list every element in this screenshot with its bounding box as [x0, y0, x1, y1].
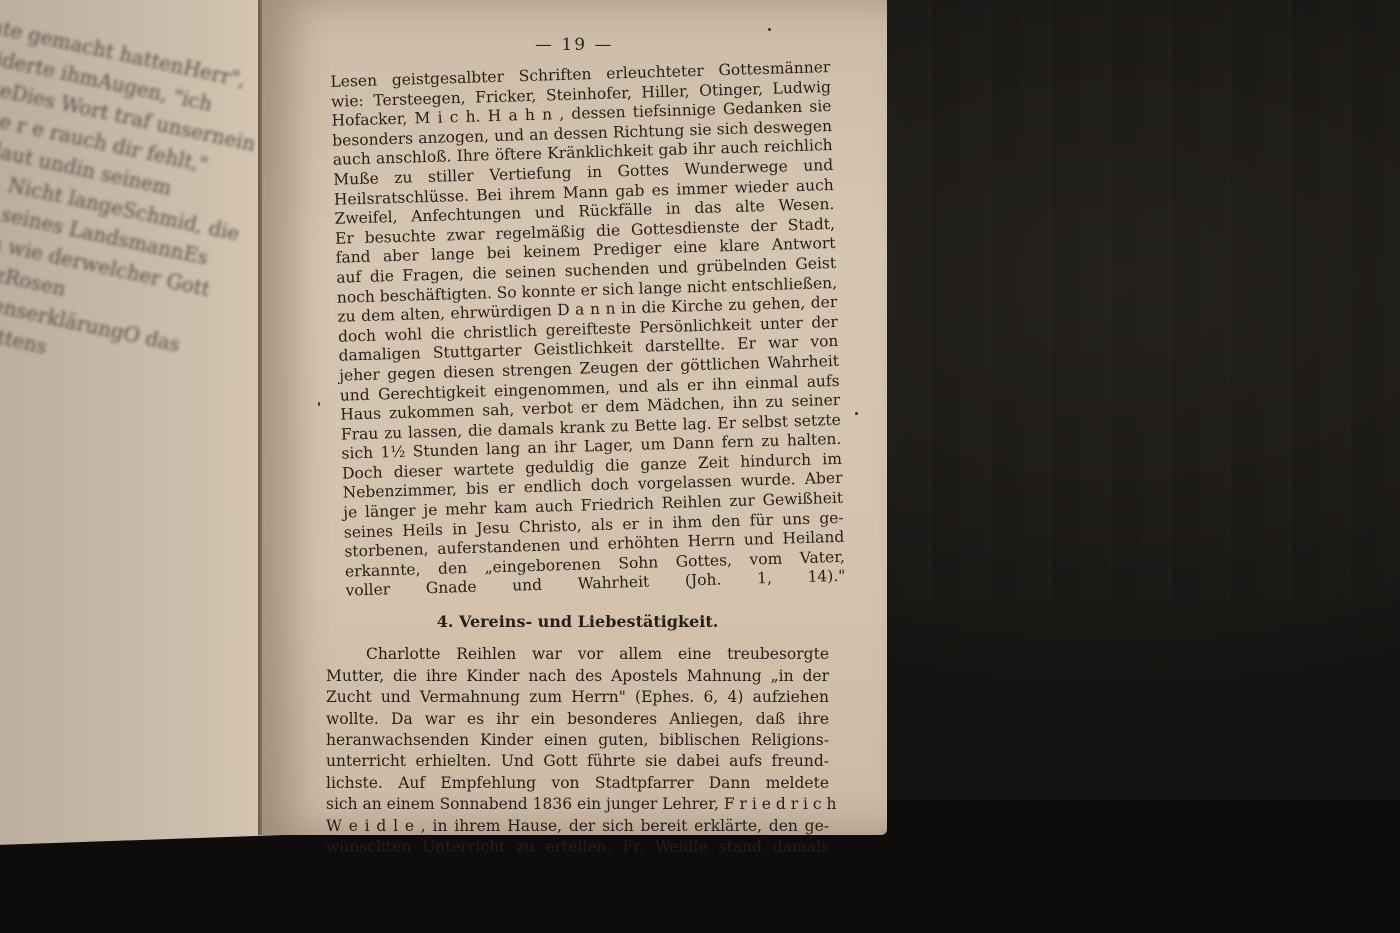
text-line: W e i d l e , in ihrem Hause, der sich b… — [326, 816, 829, 837]
ink-speck — [318, 402, 320, 406]
left-page-blurred-text: Leute gemacht hattenHerr", erwiderte ihm… — [0, 6, 280, 396]
text-line: sich an einem Sonnabend 1836 ein junger … — [326, 794, 829, 815]
paragraph-2: Charlotte Reihlen war vor allem eine tre… — [326, 644, 829, 858]
text-line: wollte. Da war es ihr ein besonderes Anl… — [326, 709, 829, 730]
ink-speck — [768, 28, 771, 31]
text-line: Charlotte Reihlen war vor allem eine tre… — [326, 644, 829, 665]
ink-speck — [855, 412, 858, 415]
text-line: Zucht und Vermahnung zum Herrn" (Ephes. … — [326, 687, 829, 708]
paragraph-2-block: 4. Vereins- und Liebestätigkeit. Charlot… — [326, 597, 829, 858]
paragraph-1: Lesen geistgesalbter Schriften erleuchte… — [330, 58, 845, 602]
text-line: heranwachsenden Kinder einen guten, bibl… — [326, 730, 829, 751]
text-line: Mutter, die ihre Kinder nach des Apostel… — [326, 666, 829, 687]
page-number: — 19 — — [535, 35, 613, 55]
section-heading: 4. Vereins- und Liebestätigkeit. — [326, 611, 829, 632]
text-line: unterricht erhielten. Und Gott führte si… — [326, 751, 829, 772]
text-line: lichste. Auf Empfehlung von Stadtpfarrer… — [326, 773, 829, 794]
text-line: wünschten Unterricht zu erteilen. Fr. We… — [326, 837, 829, 858]
blurred-bookshelf — [900, 0, 1400, 600]
